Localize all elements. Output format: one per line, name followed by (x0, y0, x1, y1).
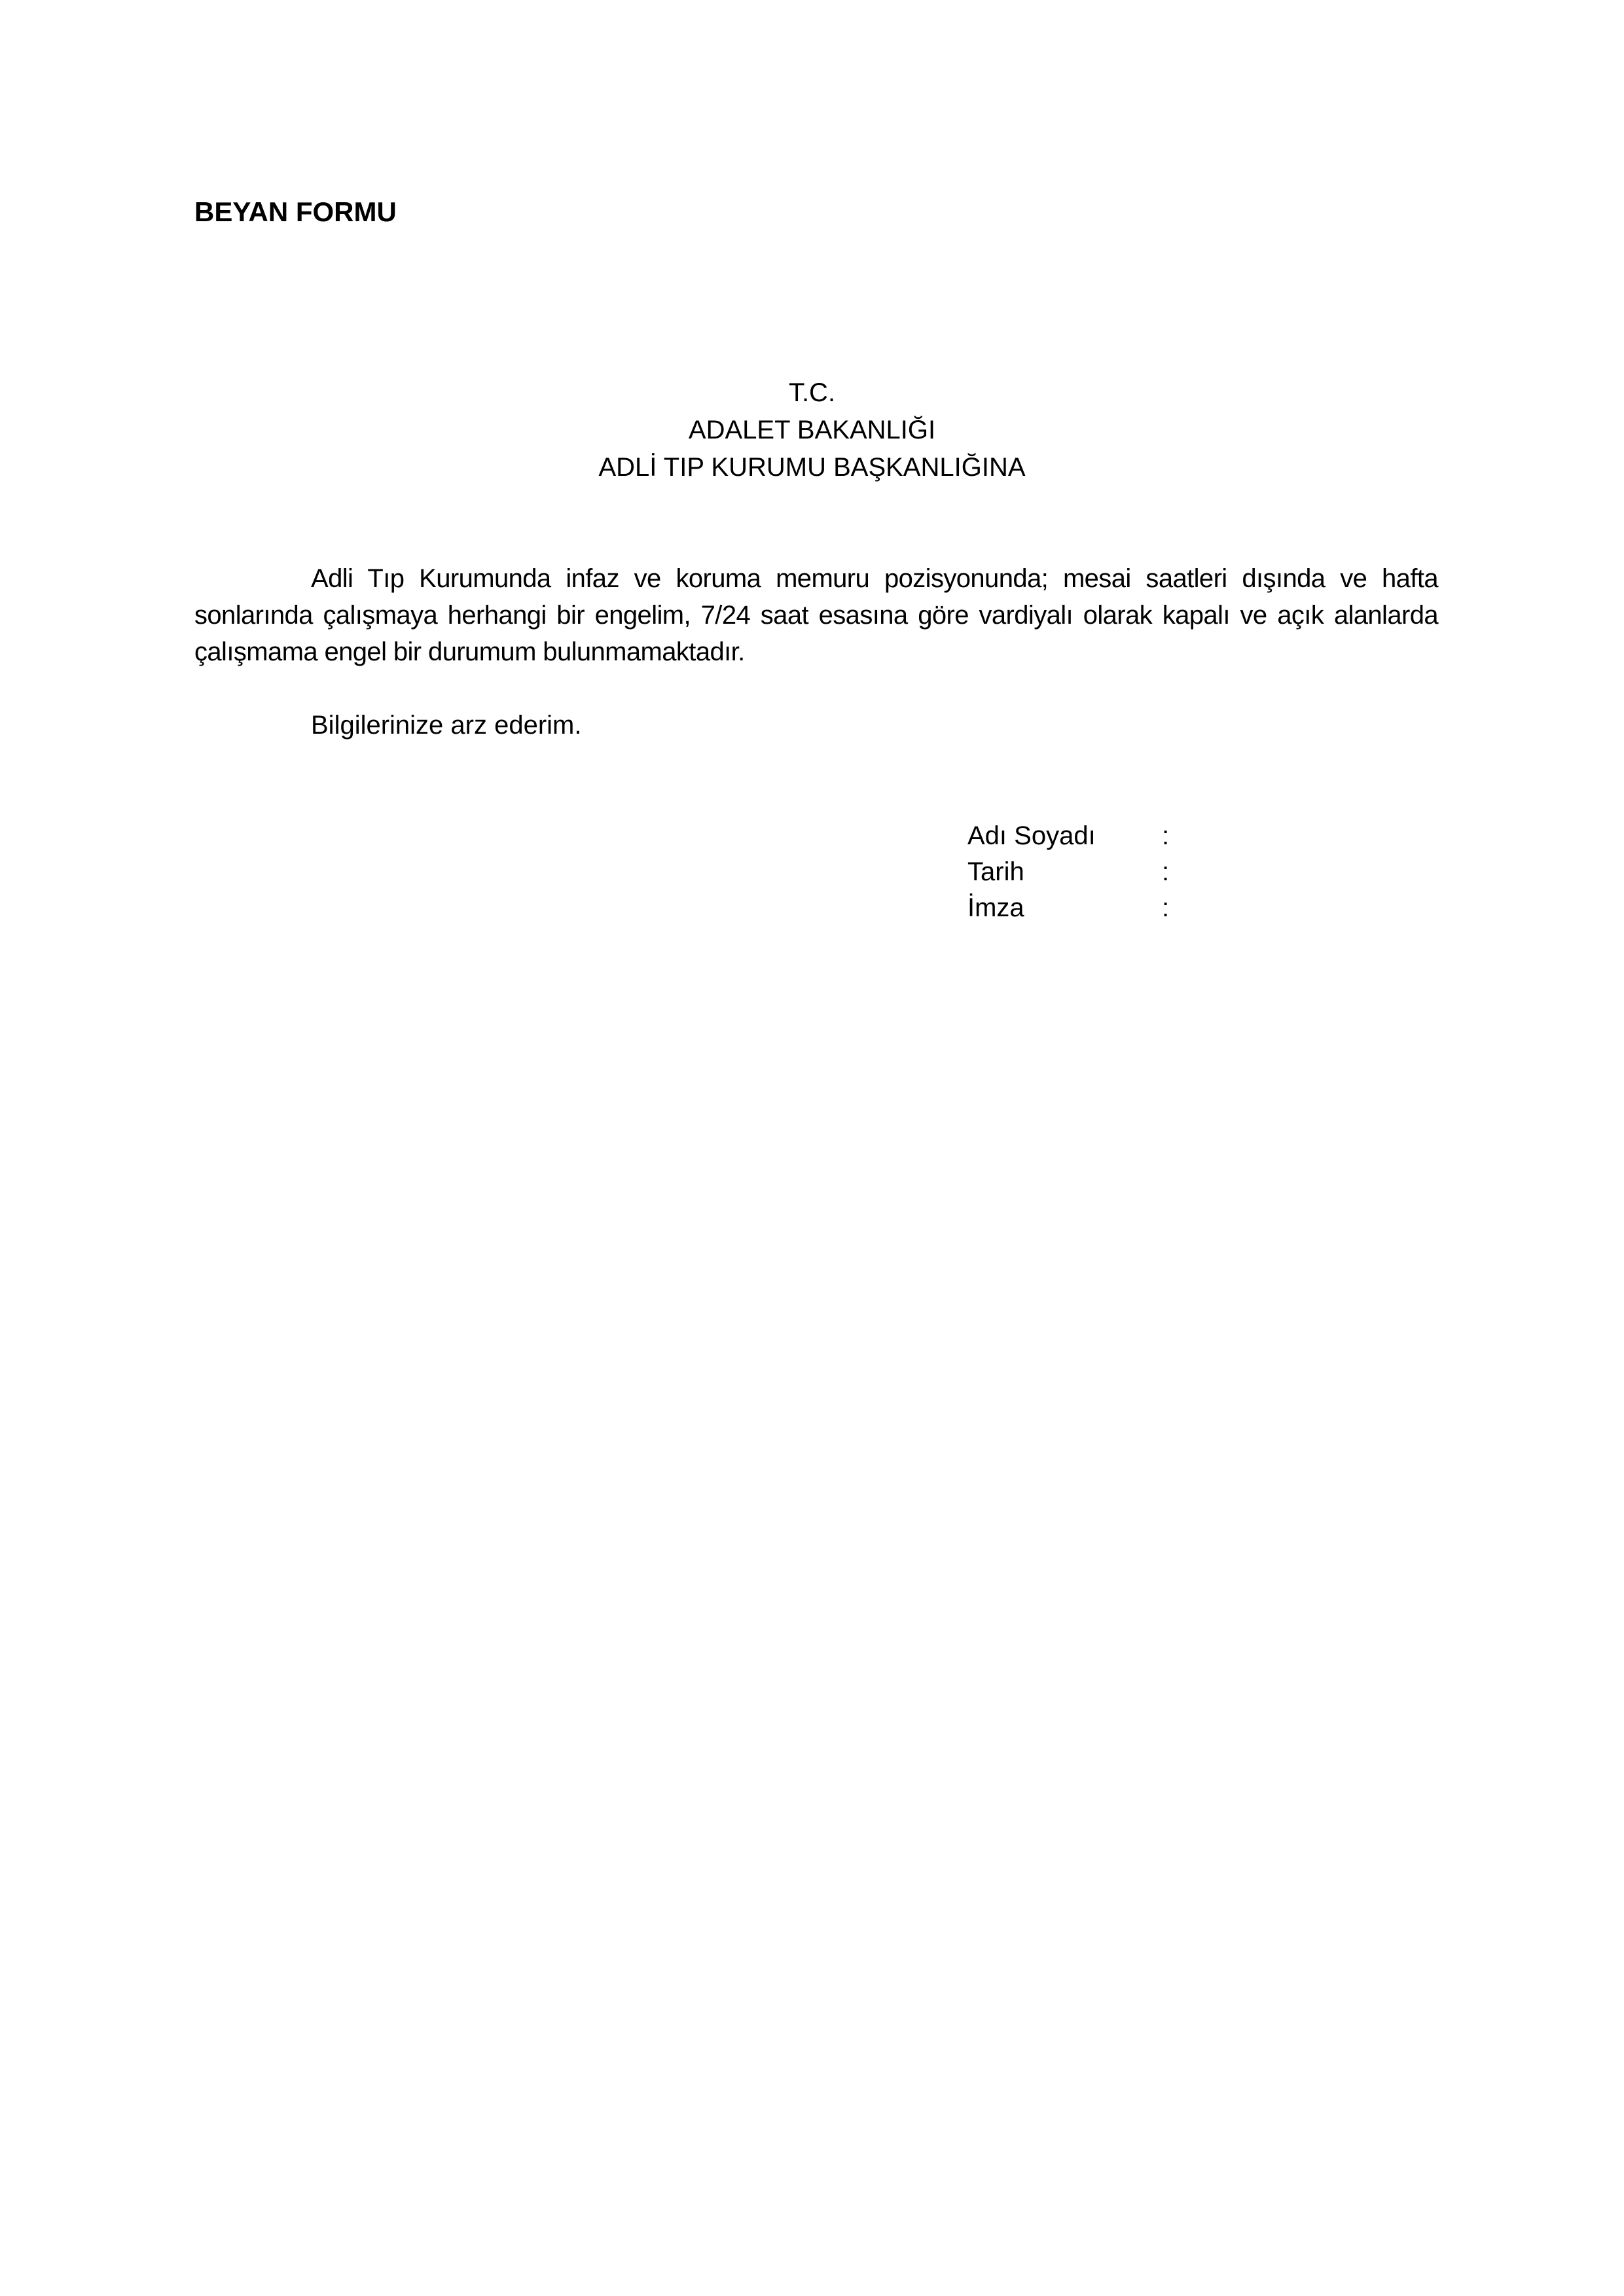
addressee-heading: T.C. ADALET BAKANLIĞI ADLİ TIP KURUMU BA… (0, 374, 1624, 486)
document-page: BEYAN FORMU T.C. ADALET BAKANLIĞI ADLİ T… (0, 0, 1624, 2296)
name-field[interactable] (1182, 818, 1378, 854)
heading-line-country: T.C. (0, 374, 1624, 412)
signature-field[interactable] (1182, 890, 1378, 926)
form-title: BEYAN FORMU (194, 194, 397, 230)
signature-label: İmza (967, 890, 1162, 926)
heading-line-ministry: ADALET BAKANLIĞI (0, 412, 1624, 449)
signature-row-signature: İmza : (967, 890, 1378, 926)
closing-sentence: Bilgilerinize arz ederim. (311, 707, 581, 744)
date-field[interactable] (1182, 854, 1378, 890)
date-label: Tarih (967, 854, 1162, 890)
name-label: Adı Soyadı (967, 818, 1162, 854)
heading-line-institution: ADLİ TIP KURUMU BAŞKANLIĞINA (0, 449, 1624, 486)
signature-separator: : (1162, 890, 1182, 926)
date-separator: : (1162, 854, 1182, 890)
signature-row-name: Adı Soyadı : (967, 818, 1378, 854)
declaration-paragraph: Adli Tıp Kurumunda infaz ve koruma memur… (194, 560, 1438, 670)
signature-row-date: Tarih : (967, 854, 1378, 890)
name-separator: : (1162, 818, 1182, 854)
signature-block: Adı Soyadı : Tarih : İmza : (967, 818, 1378, 926)
